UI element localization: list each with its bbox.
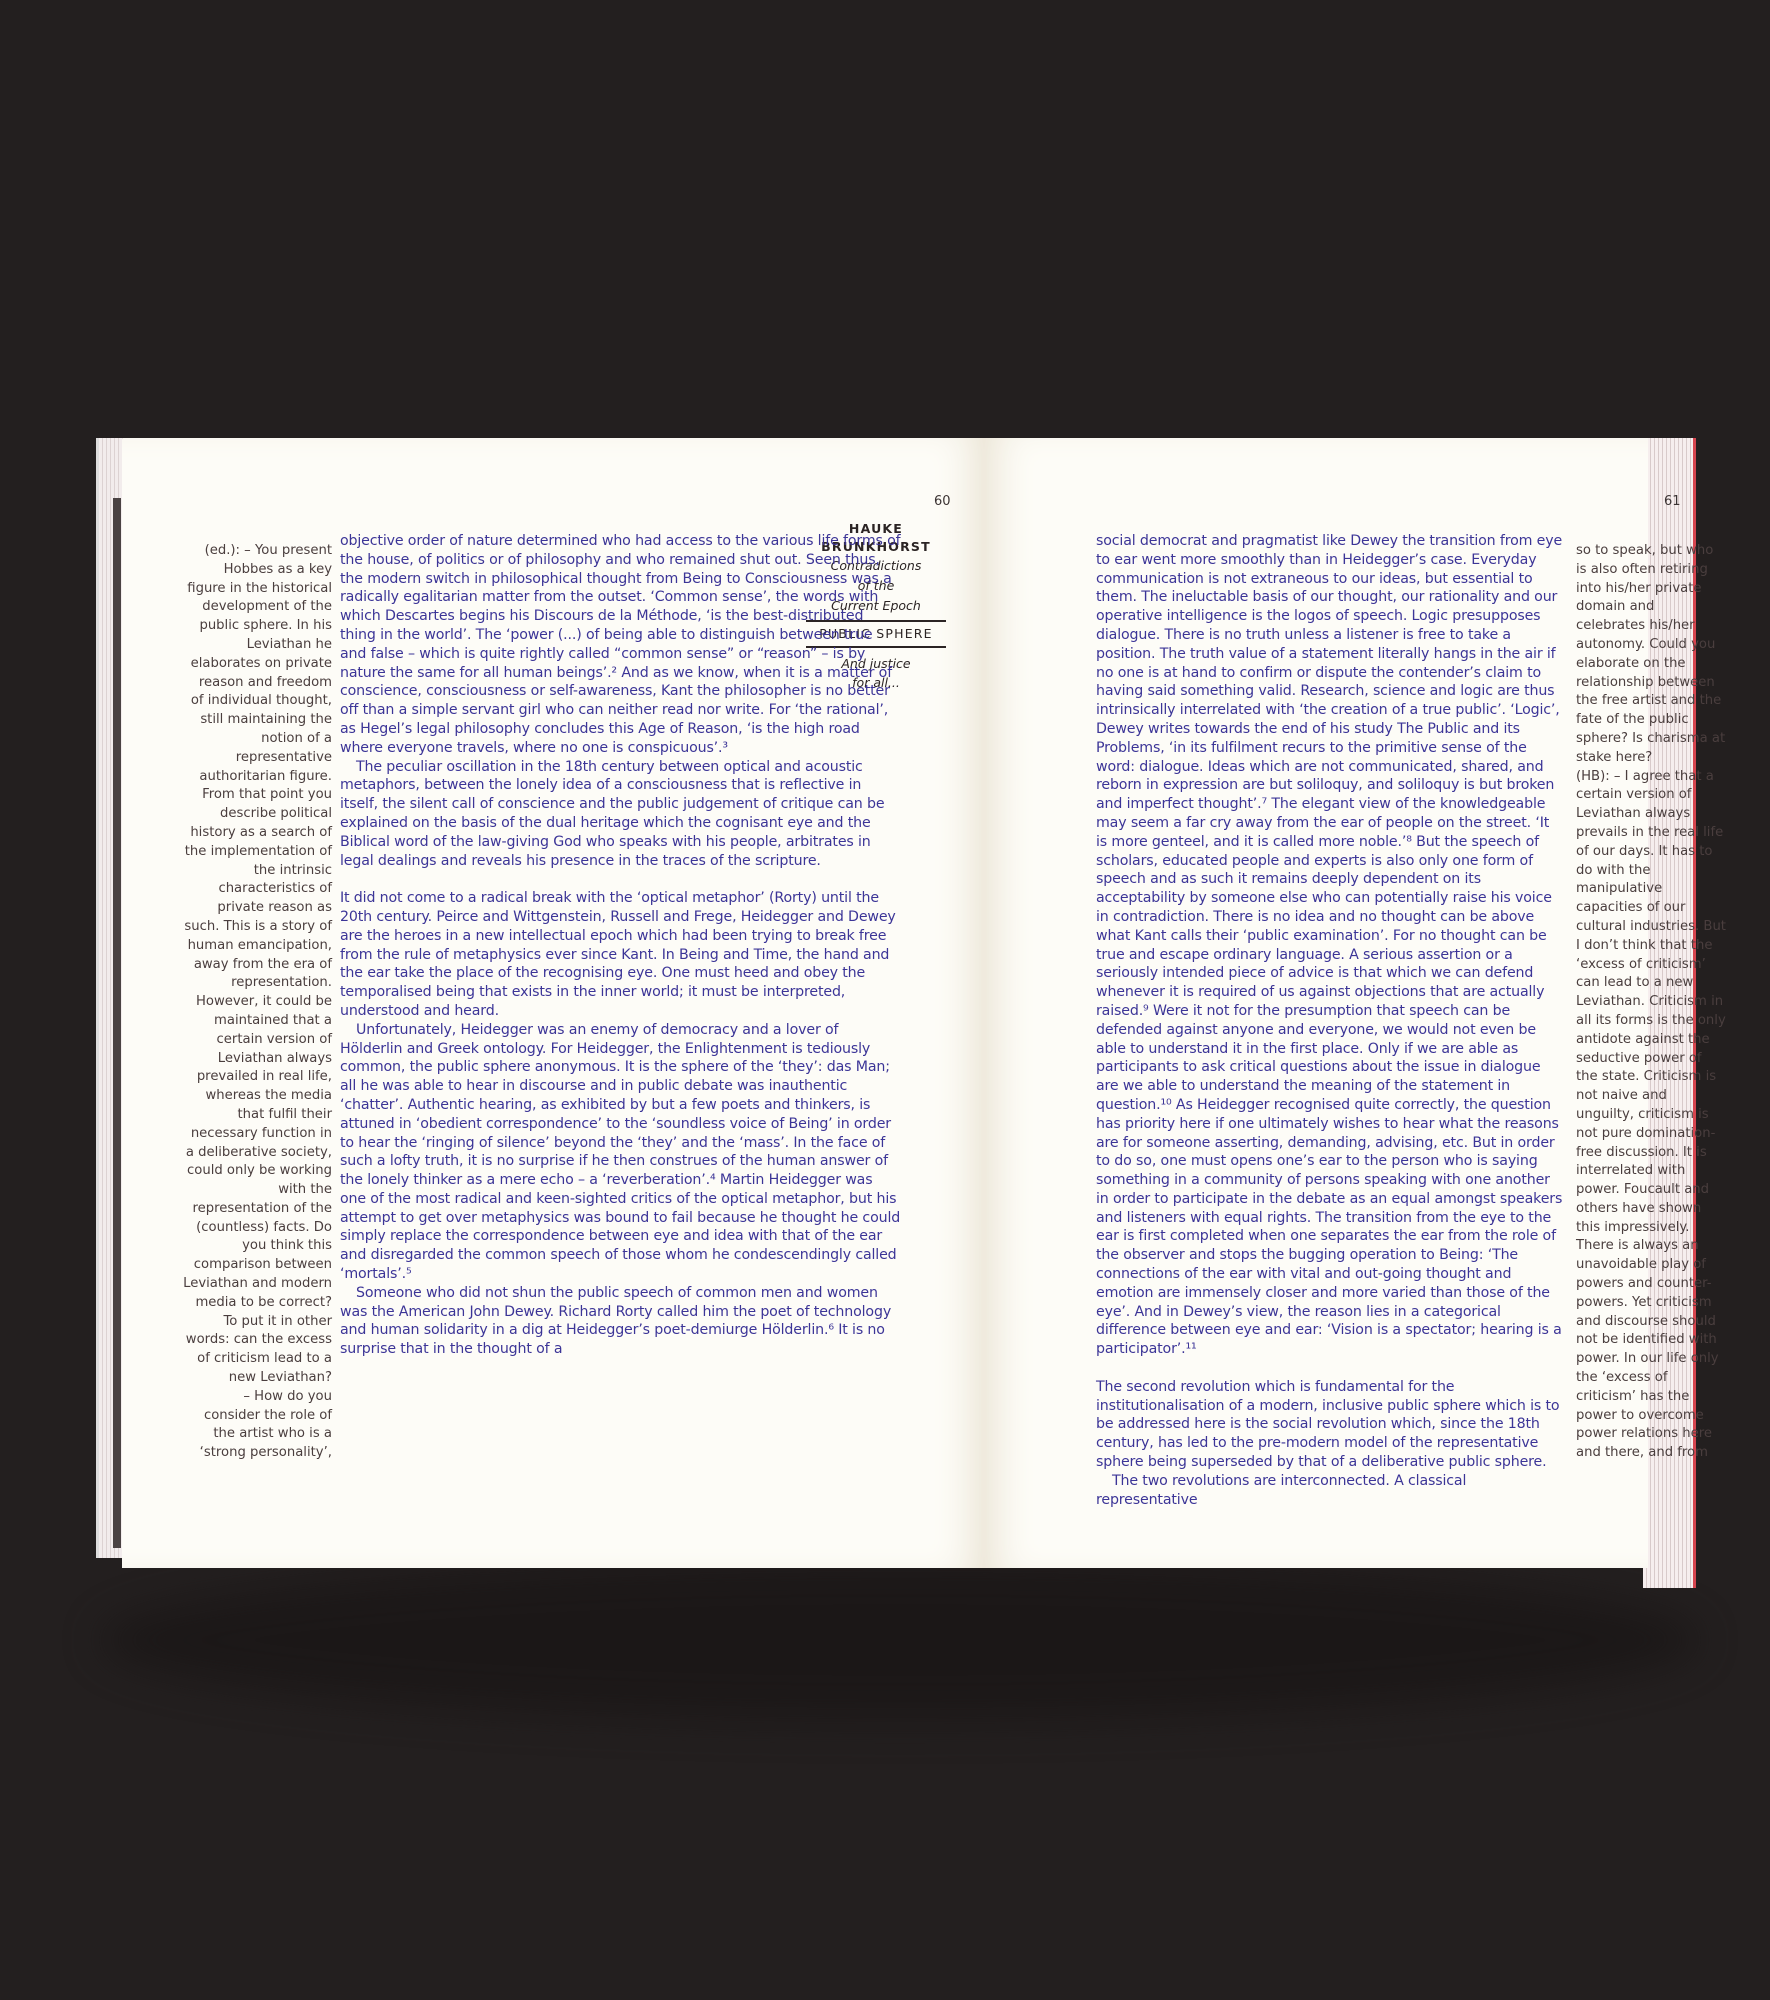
margin-line: others have shown xyxy=(1576,1200,1736,1219)
margin-line: the artist who is a xyxy=(162,1425,332,1444)
margin-line: describe political xyxy=(162,805,332,824)
margin-line: (HB): – I agree that a xyxy=(1576,768,1736,787)
left-page: 60 HAUKE BRUNKHORST Contradictions of th… xyxy=(122,438,984,1568)
margin-line: you think this xyxy=(162,1237,332,1256)
margin-line: ‘strong personality’, xyxy=(162,1444,332,1463)
margin-line: the ‘excess of xyxy=(1576,1369,1736,1388)
body-paragraph: The two revolutions are interconnected. … xyxy=(1096,1472,1564,1510)
margin-line: prevailed in real life, xyxy=(162,1068,332,1087)
margin-line: private reason as xyxy=(162,899,332,918)
margin-line: is also often retiring xyxy=(1576,561,1736,580)
body-paragraph: It did not come to a radical break with … xyxy=(340,889,902,1021)
body-paragraph: objective order of nature determined who… xyxy=(340,532,902,758)
margin-line: capacities of our xyxy=(1576,899,1736,918)
margin-line: sphere? Is charisma at xyxy=(1576,730,1736,749)
margin-line: representation. xyxy=(162,974,332,993)
margin-line: cultural industries. But xyxy=(1576,918,1736,937)
margin-line: maintained that a xyxy=(162,1012,332,1031)
margin-line: fate of the public xyxy=(1576,711,1736,730)
margin-line: development of the xyxy=(162,598,332,617)
margin-line: To put it in other xyxy=(162,1313,332,1332)
body-paragraph: Unfortunately, Heidegger was an enemy of… xyxy=(340,1021,902,1284)
body-paragraph: social democrat and pragmatist like Dewe… xyxy=(1096,532,1564,1359)
margin-line: do with the xyxy=(1576,862,1736,881)
margin-line: Leviathan. Criticism in xyxy=(1576,993,1736,1012)
margin-line: certain version of xyxy=(162,1031,332,1050)
margin-line: away from the era of xyxy=(162,956,332,975)
margin-line: authoritarian figure. xyxy=(162,768,332,787)
margin-line: celebrates his/her xyxy=(1576,617,1736,636)
margin-line: (ed.): – You present xyxy=(162,542,332,561)
margin-line: such. This is a story of xyxy=(162,918,332,937)
margin-line: manipulative xyxy=(1576,880,1736,899)
margin-line: can lead to a new xyxy=(1576,974,1736,993)
margin-line: domain and xyxy=(1576,598,1736,617)
margin-line: still maintaining the xyxy=(162,711,332,730)
margin-line: not naive and xyxy=(1576,1087,1736,1106)
margin-line: prevails in the real life xyxy=(1576,824,1736,843)
margin-line: public sphere. In his xyxy=(162,617,332,636)
margin-answer: so to speak, but whois also often retiri… xyxy=(1576,542,1736,1463)
margin-line: that fulfil their xyxy=(162,1106,332,1125)
margin-line: necessary function in xyxy=(162,1125,332,1144)
margin-line: the free artist and the xyxy=(1576,692,1736,711)
margin-line: free discussion. It is xyxy=(1576,1144,1736,1163)
margin-line: unguilty, criticism is xyxy=(1576,1106,1736,1125)
margin-line: interrelated with xyxy=(1576,1162,1736,1181)
open-book: 60 HAUKE BRUNKHORST Contradictions of th… xyxy=(96,438,1696,1568)
right-page: 61 social democrat and pragmatist like D… xyxy=(984,438,1648,1568)
margin-line: figure in the historical xyxy=(162,580,332,599)
margin-line: autonomy. Could you xyxy=(1576,636,1736,655)
margin-line: and discourse should xyxy=(1576,1313,1736,1332)
margin-line: new Leviathan? xyxy=(162,1369,332,1388)
margin-line: power. In our life only xyxy=(1576,1350,1736,1369)
margin-line: not pure domination- xyxy=(1576,1125,1736,1144)
margin-line: with the xyxy=(162,1181,332,1200)
margin-line: this impressively. xyxy=(1576,1219,1736,1238)
margin-line: characteristics of xyxy=(162,880,332,899)
margin-line: stake here? xyxy=(1576,749,1736,768)
body-paragraph: The second revolution which is fundament… xyxy=(1096,1378,1564,1472)
margin-line: Leviathan and modern xyxy=(162,1275,332,1294)
margin-line: whereas the media xyxy=(162,1087,332,1106)
margin-line: However, it could be xyxy=(162,993,332,1012)
page-number-right: 61 xyxy=(1664,494,1681,509)
margin-line: history as a search of xyxy=(162,824,332,843)
margin-question: (ed.): – You presentHobbes as a keyfigur… xyxy=(162,542,332,1463)
margin-line: a deliberative society, xyxy=(162,1144,332,1163)
margin-line: criticism’ has the xyxy=(1576,1388,1736,1407)
margin-line: notion of a xyxy=(162,730,332,749)
margin-line: Leviathan he xyxy=(162,636,332,655)
margin-line: Leviathan always xyxy=(1576,805,1736,824)
margin-line: power. Foucault and xyxy=(1576,1181,1736,1200)
margin-line: the implementation of xyxy=(162,843,332,862)
margin-line: representative xyxy=(162,749,332,768)
left-body-text: objective order of nature determined who… xyxy=(340,532,902,1359)
page-number-left: 60 xyxy=(934,494,951,509)
margin-line: From that point you xyxy=(162,786,332,805)
body-paragraph: Someone who did not shun the public spee… xyxy=(340,1284,902,1359)
margin-line: the intrinsic xyxy=(162,862,332,881)
margin-line: antidote against the xyxy=(1576,1031,1736,1050)
margin-line: not be identified with xyxy=(1576,1331,1736,1350)
margin-line: powers. Yet criticism xyxy=(1576,1294,1736,1313)
right-body-text: social democrat and pragmatist like Dewe… xyxy=(1096,532,1564,1509)
margin-line: ‘excess of criticism’ xyxy=(1576,956,1736,975)
margin-line: and there, and from xyxy=(1576,1444,1736,1463)
margin-line: powers and counter- xyxy=(1576,1275,1736,1294)
margin-line: Leviathan always xyxy=(162,1050,332,1069)
margin-line: – How do you xyxy=(162,1388,332,1407)
margin-line: could only be working xyxy=(162,1162,332,1181)
margin-line: the state. Criticism is xyxy=(1576,1068,1736,1087)
margin-line: elaborates on private xyxy=(162,655,332,674)
margin-line: unavoidable play of xyxy=(1576,1256,1736,1275)
margin-line: of individual thought, xyxy=(162,692,332,711)
body-paragraph: The peculiar oscillation in the 18th cen… xyxy=(340,758,902,871)
margin-line: words: can the excess xyxy=(162,1331,332,1350)
margin-line: so to speak, but who xyxy=(1576,542,1736,561)
margin-line: consider the role of xyxy=(162,1407,332,1426)
margin-line: into his/her private xyxy=(1576,580,1736,599)
margin-line: reason and freedom xyxy=(162,674,332,693)
margin-line: seductive power of xyxy=(1576,1050,1736,1069)
margin-line: representation of the xyxy=(162,1200,332,1219)
margin-line: of our days. It has to xyxy=(1576,843,1736,862)
table-shadow xyxy=(100,1560,1700,1720)
margin-line: I don’t think that the xyxy=(1576,937,1736,956)
margin-line: of criticism lead to a xyxy=(162,1350,332,1369)
margin-line: comparison between xyxy=(162,1256,332,1275)
margin-line: (countless) facts. Do xyxy=(162,1219,332,1238)
margin-line: human emancipation, xyxy=(162,937,332,956)
margin-line: elaborate on the xyxy=(1576,655,1736,674)
margin-line: media to be correct? xyxy=(162,1294,332,1313)
margin-line: power to overcome xyxy=(1576,1407,1736,1426)
margin-line: Hobbes as a key xyxy=(162,561,332,580)
margin-line: certain version of xyxy=(1576,786,1736,805)
margin-line: power relations here xyxy=(1576,1425,1736,1444)
margin-line: There is always an xyxy=(1576,1237,1736,1256)
margin-line: relationship between xyxy=(1576,674,1736,693)
margin-line: all its forms is the only xyxy=(1576,1012,1736,1031)
